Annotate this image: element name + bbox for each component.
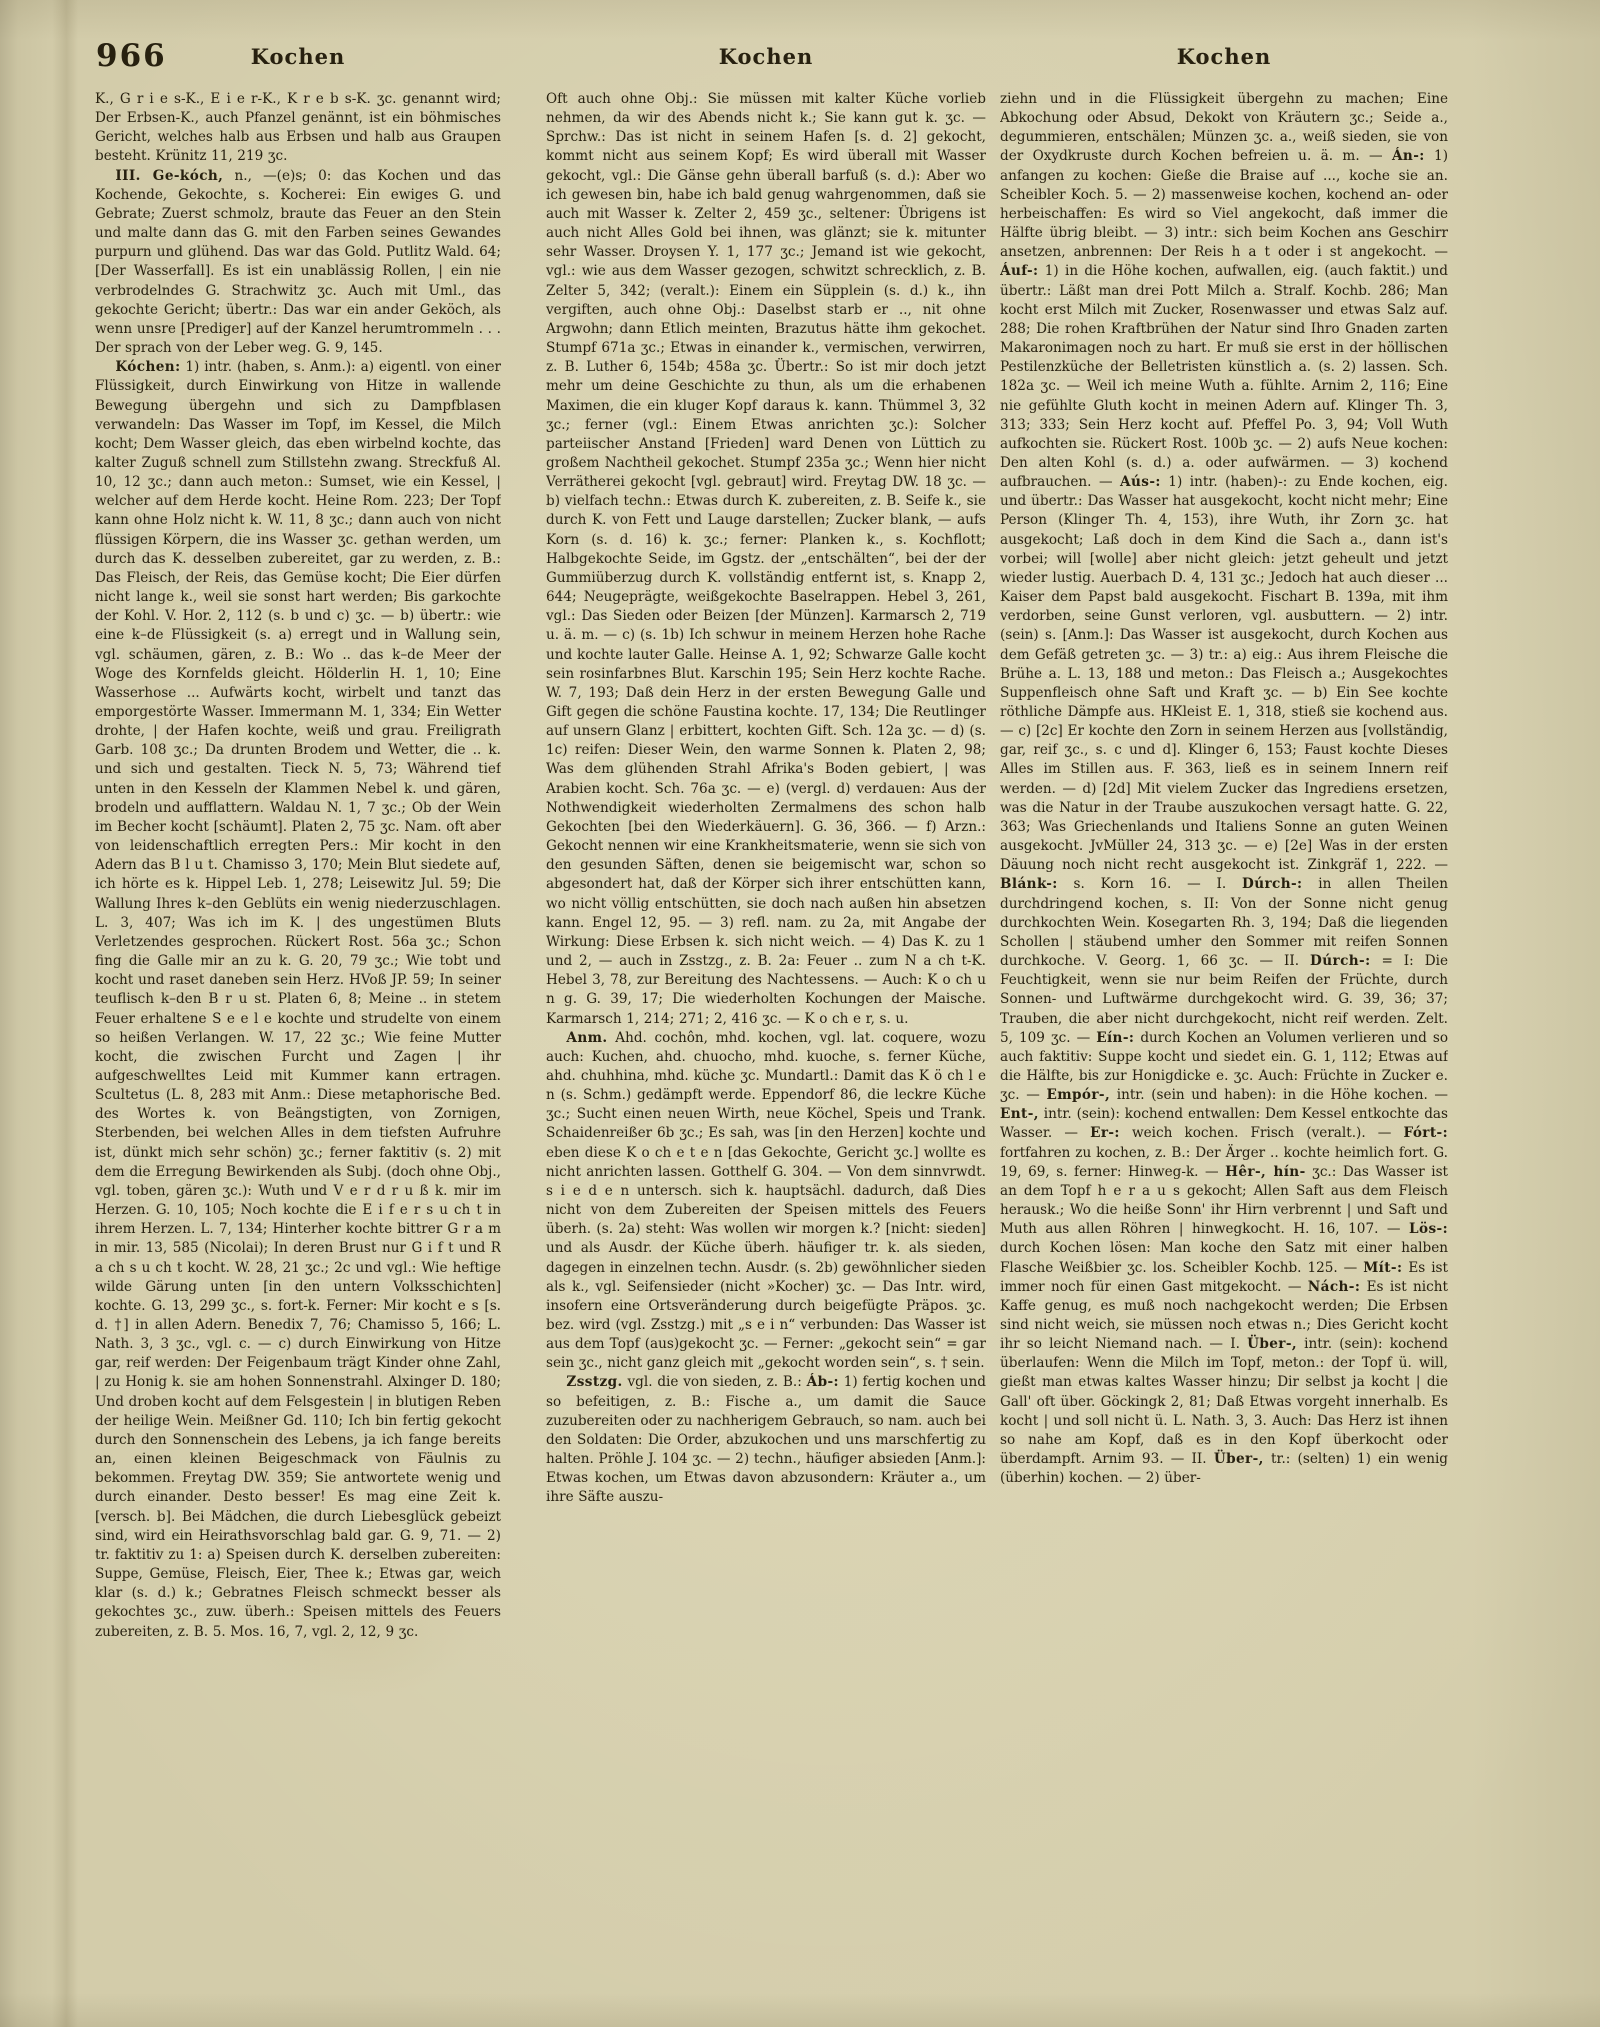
paragraph: Oft auch ohne Obj.: Sie müssen mit kalte… — [546, 90, 986, 1029]
paragraph: K., G r i e s-K., E i e r-K., K r e b s-… — [95, 90, 501, 167]
binding-crease — [52, 0, 78, 2027]
running-head-column-1: Kochen — [95, 44, 501, 69]
running-head-column-3: Kochen — [1000, 44, 1448, 69]
paragraph: III. Ge-kóch, n., —(e)s; 0: das Kochen u… — [95, 167, 501, 359]
text-column-2: Oft auch ohne Obj.: Sie müssen mit kalte… — [546, 90, 986, 1890]
running-head-column-2: Kochen — [546, 44, 986, 69]
paragraph: Kóchen: 1) intr. (haben, s. Anm.): a) ei… — [95, 358, 501, 1641]
text-column-3: ziehn und in die Flüssigkeit übergehn zu… — [1000, 90, 1448, 1912]
text-column-1: K., G r i e s-K., E i e r-K., K r e b s-… — [95, 90, 501, 1842]
paragraph: Anm. Ahd. cochôn, mhd. kochen, vgl. lat.… — [546, 1029, 986, 1374]
paragraph: ziehn und in die Flüssigkeit übergehn zu… — [1000, 90, 1448, 1488]
paragraph: Zsstzg. vgl. die von sieden, z. B.: Áb-:… — [546, 1373, 986, 1507]
